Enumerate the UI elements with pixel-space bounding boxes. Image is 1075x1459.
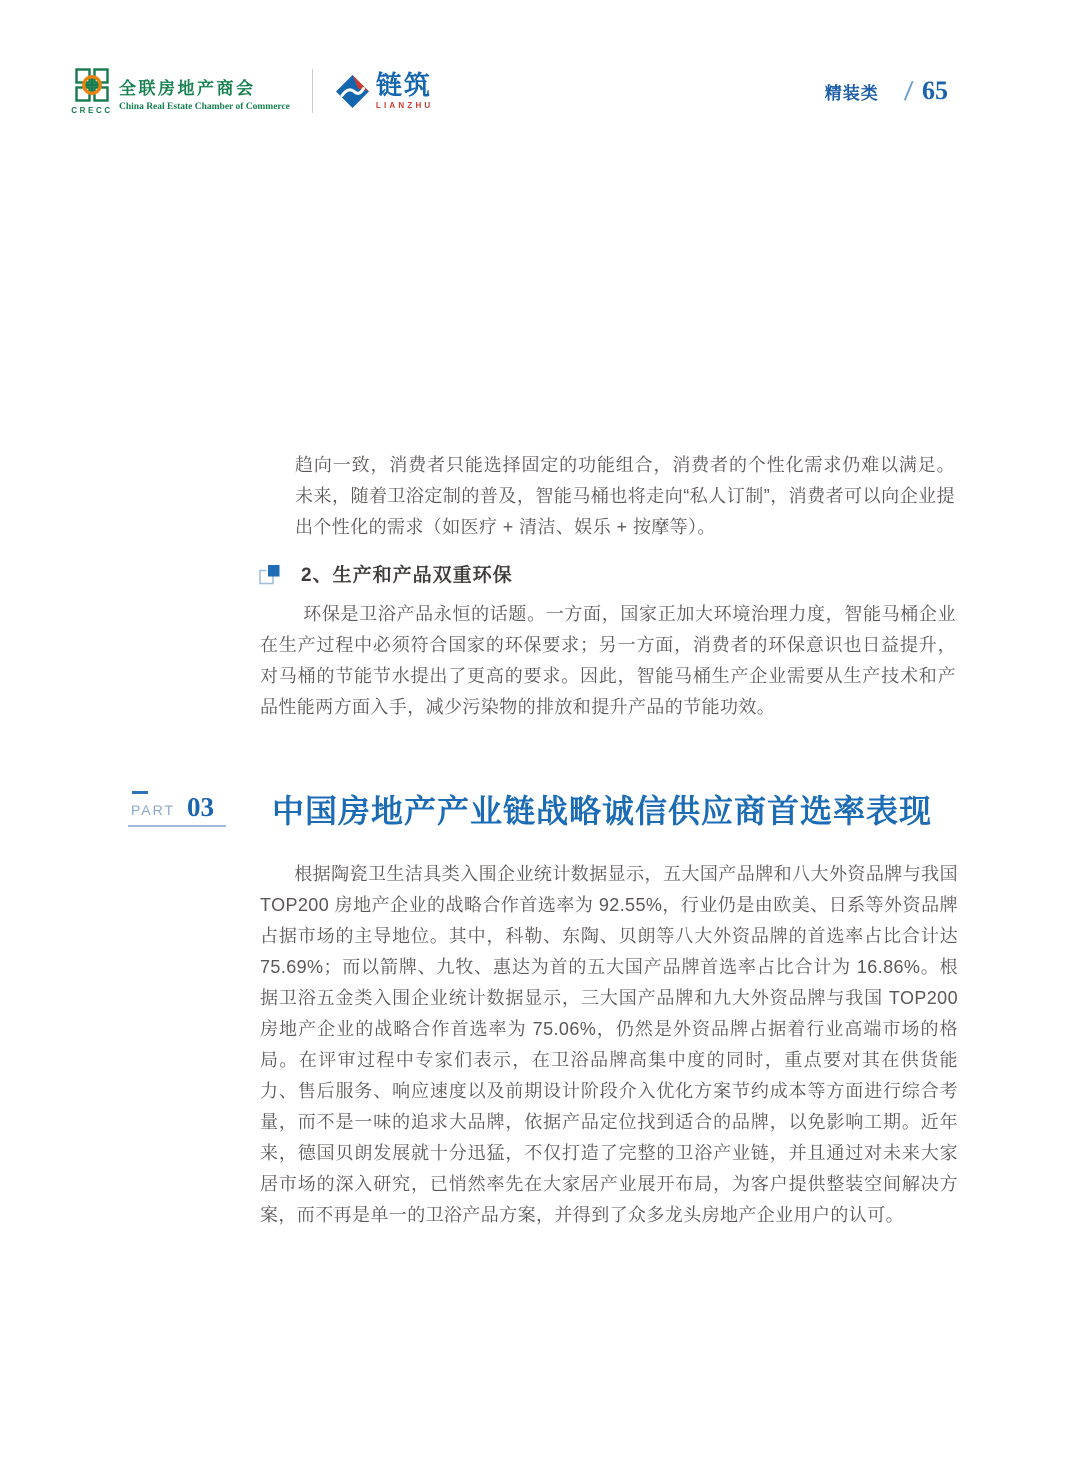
paragraph-environment: 环保是卫浴产品永恒的话题。一方面，国家正加大环境治理力度，智能马桶企业在生产过程…	[260, 599, 956, 723]
paragraph-continuation: 趋向一致，消费者只能选择固定的功能组合，消费者的个性化需求仍难以满足。未来，随着…	[295, 450, 955, 543]
part-top-line	[132, 791, 148, 794]
lianzhu-name-en: LIANZHU	[376, 101, 434, 110]
page-header: CRECC 全联房地产商会 China Real Estate Chamber …	[75, 60, 948, 122]
subsection-heading: 2、生产和产品双重环保	[259, 560, 513, 587]
lianzhu-diamond-icon	[335, 74, 370, 109]
part-number: 03	[187, 796, 214, 819]
paragraph-main: 根据陶瓷卫生洁具类入围企业统计数据显示，五大国产品牌和八大外资品牌与我国 TOP…	[260, 859, 958, 1231]
page-category: 精装类	[825, 79, 879, 104]
page-label-separator: /	[903, 76, 915, 107]
crecc-name-en: China Real Estate Chamber of Commerce	[119, 102, 290, 112]
crecc-logo: CRECC 全联房地产商会 China Real Estate Chamber …	[75, 68, 290, 115]
page-label: 精装类 / 65	[825, 76, 948, 107]
subsection-heading-text: 2、生产和产品双重环保	[301, 560, 513, 587]
part-block: PART 03	[128, 791, 226, 827]
part-row: PART 03	[128, 796, 226, 819]
crecc-name-cn: 全联房地产商会	[119, 74, 290, 99]
lianzhu-texts: 链筑 LIANZHU	[376, 72, 434, 110]
document-page: CRECC 全联房地产商会 China Real Estate Chamber …	[0, 0, 1075, 1459]
overlapping-squares-icon	[259, 563, 281, 585]
part-label: PART	[131, 803, 175, 819]
header-logos: CRECC 全联房地产商会 China Real Estate Chamber …	[75, 68, 433, 115]
crecc-names: 全联房地产商会 China Real Estate Chamber of Com…	[119, 74, 290, 112]
lianzhu-name-cn: 链筑	[376, 72, 434, 98]
crecc-emblem-icon	[75, 68, 109, 104]
crecc-mark: CRECC	[75, 68, 109, 115]
part-underline	[128, 825, 226, 827]
page-number: 65	[922, 76, 948, 106]
lianzhu-logo: 链筑 LIANZHU	[335, 72, 434, 110]
section-title: 中国房地产产业链战略诚信供应商首选率表现	[272, 786, 932, 832]
crecc-acronym: CRECC	[71, 106, 112, 115]
header-divider	[312, 69, 313, 113]
